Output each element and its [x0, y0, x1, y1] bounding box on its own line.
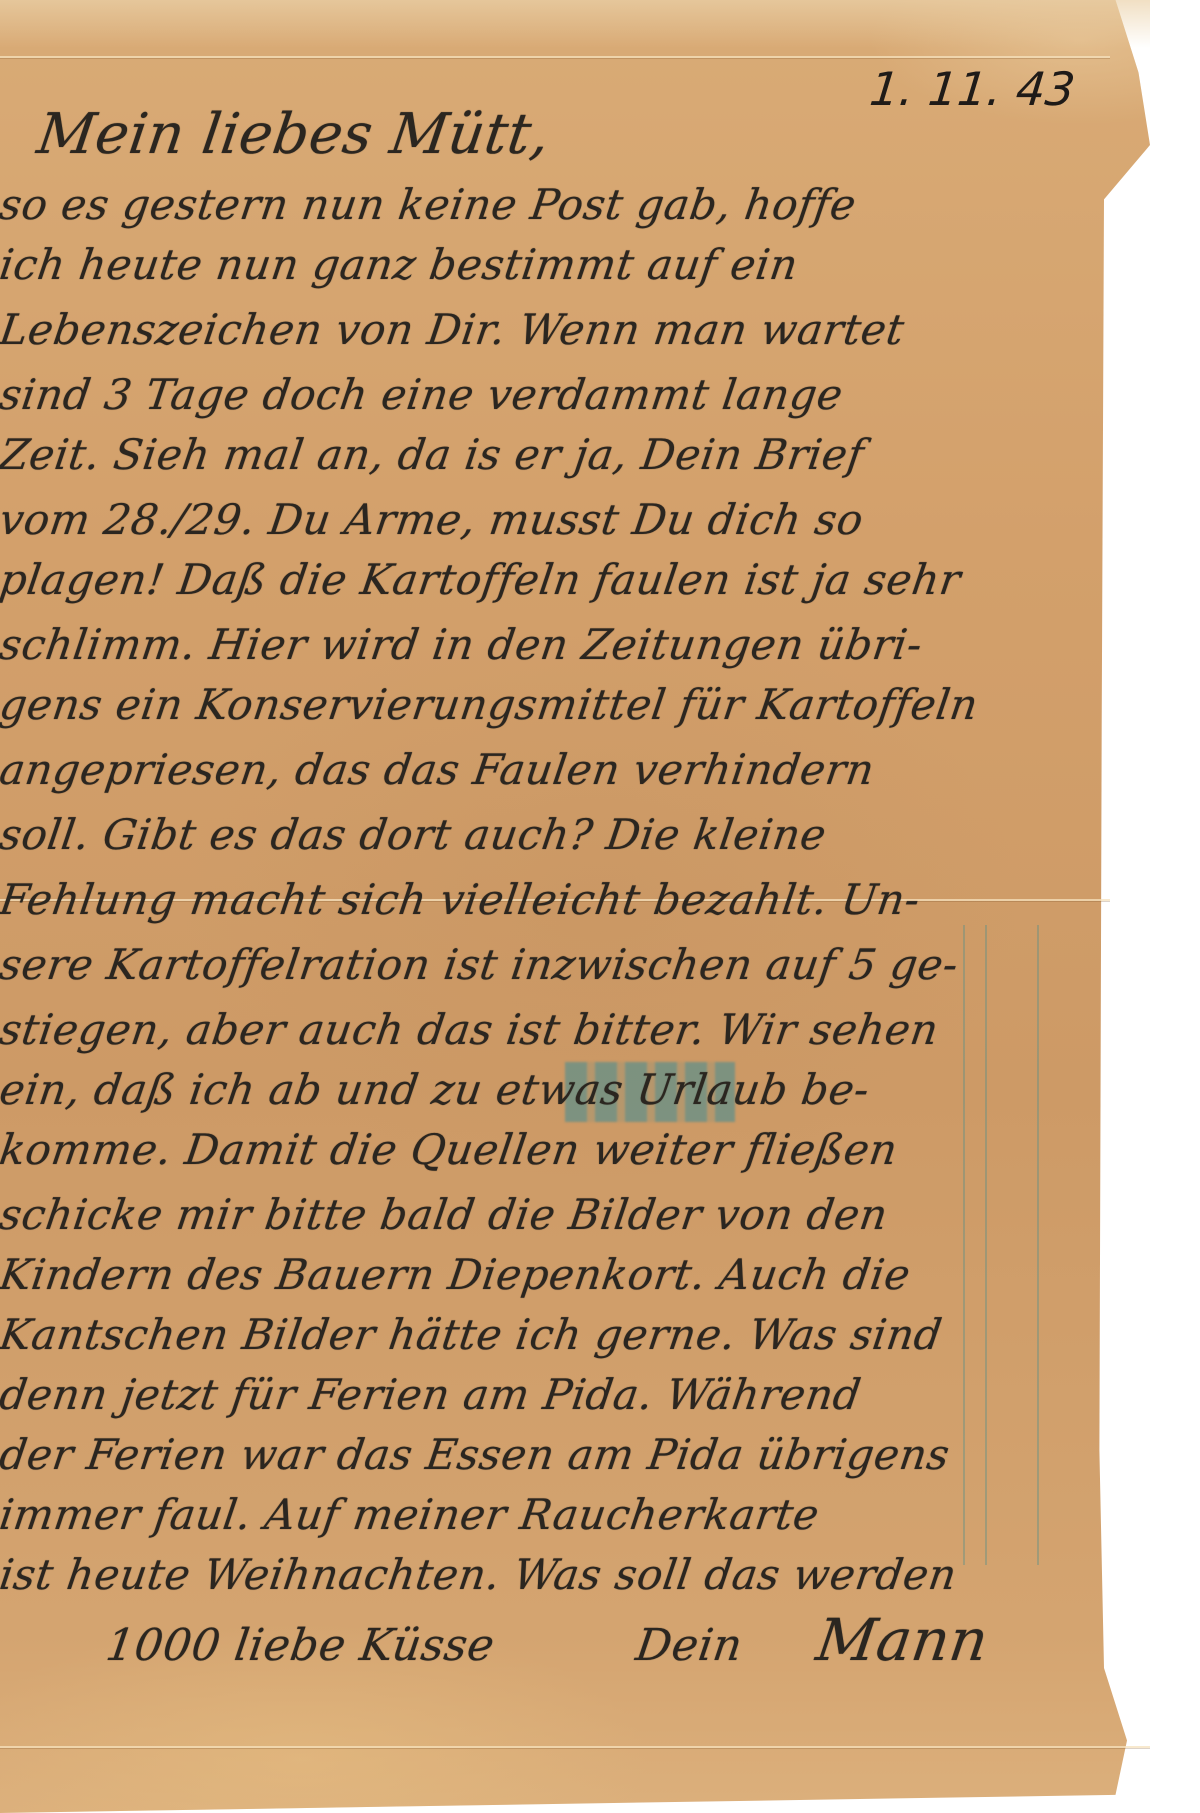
body-line: schlimm. Hier wird in den Zeitungen übri… — [0, 620, 1113, 669]
body-line: ich heute nun ganz bestimmt auf ein — [0, 240, 1113, 289]
body-line: Fehlung macht sich vielleicht bezahlt. U… — [0, 875, 1113, 924]
closing-dein: Dein — [633, 1620, 746, 1671]
body-line: plagen! Daß die Kartoffeln faulen ist ja… — [0, 555, 1113, 604]
fold-crease-bottom — [0, 1746, 1150, 1748]
body-line: schicke mir bitte bald die Bilder von de… — [0, 1190, 1113, 1239]
body-line: immer faul. Auf meiner Raucherkarte — [0, 1490, 1113, 1539]
body-line: ist heute Weihnachten. Was soll das werd… — [0, 1550, 1113, 1599]
body-line: komme. Damit die Quellen weiter fließen — [0, 1125, 1113, 1174]
body-line: vom 28./29. Du Arme, musst Du dich so — [0, 495, 1113, 544]
body-line: so es gestern nun keine Post gab, hoffe — [0, 180, 1113, 229]
body-line: Zeit. Sieh mal an, da is er ja, Dein Bri… — [0, 430, 1113, 479]
closing-greeting: 1000 liebe Küsse — [103, 1620, 498, 1671]
letter-salutation: Mein liebes Mütt, — [33, 102, 1152, 167]
body-line: Kindern des Bauern Diepenkort. Auch die — [0, 1250, 1113, 1299]
body-line: Lebenszeichen von Dir. Wenn man wartet — [0, 305, 1113, 354]
body-line: der Ferien war das Essen am Pida übrigen… — [0, 1430, 1113, 1479]
body-line: sind 3 Tage doch eine verdammt lange — [0, 370, 1113, 419]
body-line: ein, daß ich ab und zu etwas Urlaub be- — [0, 1065, 1113, 1114]
body-line: denn jetzt für Ferien am Pida. Während — [0, 1370, 1113, 1419]
paper-top-discoloration — [0, 0, 1150, 48]
body-line: gens ein Konservierungsmittel für Kartof… — [0, 680, 1113, 729]
body-line: soll. Gibt es das dort auch? Die kleine — [0, 810, 1113, 859]
body-line: stiegen, aber auch das ist bitter. Wir s… — [0, 1005, 1113, 1054]
body-line: sere Kartoffelration ist inzwischen auf … — [0, 940, 1113, 989]
signature: Mann — [812, 1606, 992, 1674]
body-line: angepriesen, das das Faulen verhindern — [0, 745, 1113, 794]
fold-crease-top — [0, 56, 1110, 58]
body-line: Kantschen Bilder hätte ich gerne. Was si… — [0, 1310, 1113, 1359]
